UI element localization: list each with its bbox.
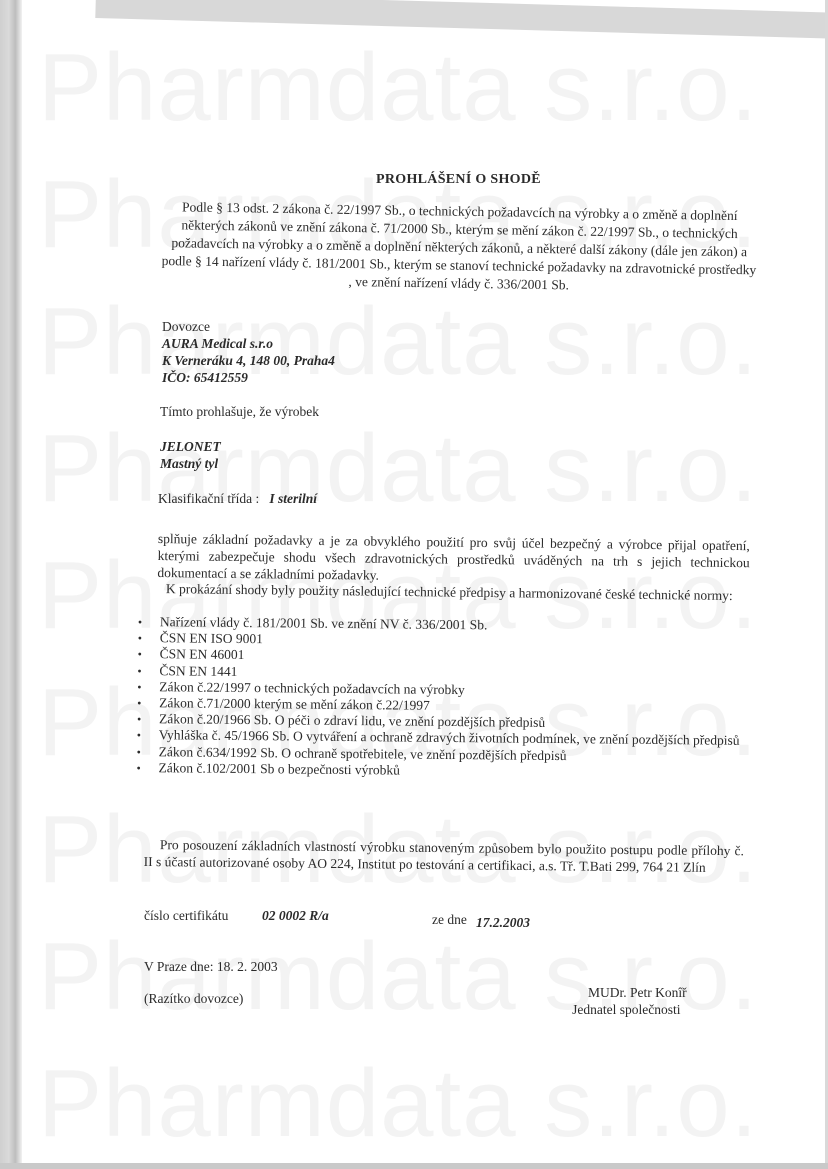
signatory-block: MUDr. Petr Konîř Jednatel společnosti [566,984,687,1018]
legal-preamble: Podle § 13 odst. 2 zákona č. 22/1997 Sb.… [159,198,760,297]
product-description: Mastný tyl [160,455,221,472]
certificate-date-label: ze dne [432,911,467,928]
stamp-label: (Razítko dovozce) [144,990,243,1007]
compliance-text: splňuje základní požadavky a je za obvyk… [157,530,750,588]
signatory-name: MUDr. Petr Konîř [566,984,687,1001]
classification-label: Klasifikační třída : [158,491,259,506]
importer-ico: IČO: 65412559 [162,369,335,386]
importer-label: Dovozce [162,318,335,335]
certificate-number: 02 0002 R/a [262,907,329,924]
importer-block: Dovozce AURA Medical s.r.o K Verneráku 4… [162,318,335,386]
product-name: JELONET [160,438,221,455]
certificate-label: číslo certifikátu [144,908,228,923]
declaration-intro: Tímto prohlašuje, že výrobek [160,403,319,420]
importer-name: AURA Medical s.r.o [162,335,335,352]
importer-address: K Verneráku 4, 148 00, Praha4 [162,352,335,369]
place-date: V Praze dne: 18. 2. 2003 [144,958,278,975]
assessment-text: Pro posouzení základních vlastností výro… [144,836,744,876]
classification-value: I sterilní [269,491,317,506]
document-title: PROHLÁŠENÍ O SHODĚ [376,172,541,188]
certificate-line: číslo certifikátu 02 0002 R/a ze dne 17.… [144,907,744,924]
product-block: JELONET Mastný tyl [160,438,221,472]
classification: Klasifikační třída : I sterilní [158,490,317,507]
norms-list: Nařízení vlády č. 181/2001 Sb. ve znění … [136,614,763,782]
declaration-document: PROHLÁŠENÍ O SHODĚ Podle § 13 odst. 2 zá… [0,0,828,1169]
signatory-role: Jednatel společnosti [566,1001,687,1018]
certificate-date: 17.2.2003 [476,914,530,931]
